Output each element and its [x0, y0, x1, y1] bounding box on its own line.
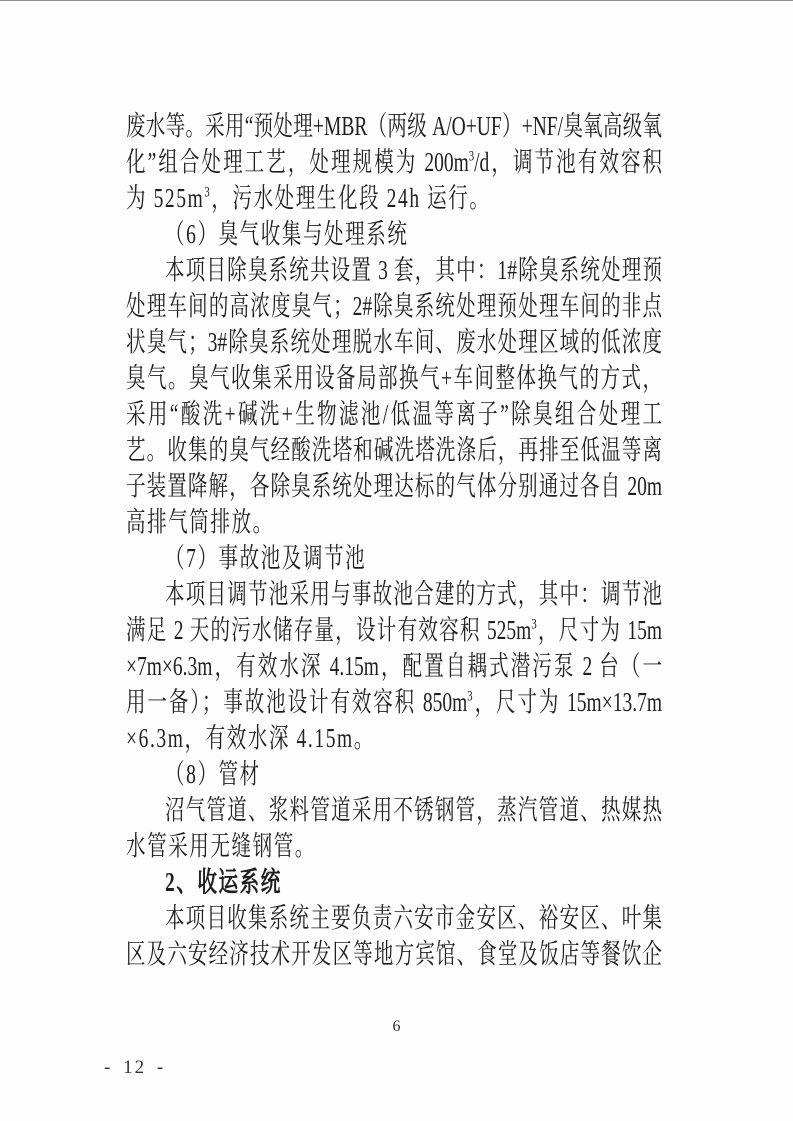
superscript: 3 — [204, 184, 211, 201]
superscript: 3 — [469, 148, 474, 165]
page-body: 废水等。采用“预处理+MBR（两级 A/O+UF）+NF/臭氧高级氧化”组合处理… — [126, 110, 662, 974]
scan-edge-line — [0, 0, 793, 1]
document-page: 废水等。采用“预处理+MBR（两级 A/O+UF）+NF/臭氧高级氧化”组合处理… — [0, 0, 793, 1121]
superscript: 3 — [467, 688, 472, 705]
text-line: 区及六安经济技术开发区等地方宾馆、食堂及饭店等餐饮企 — [126, 931, 662, 981]
superscript: 3 — [531, 616, 536, 633]
footer-page-number: 6 — [0, 1016, 793, 1038]
corner-page-number: - 12 - — [104, 1056, 165, 1080]
